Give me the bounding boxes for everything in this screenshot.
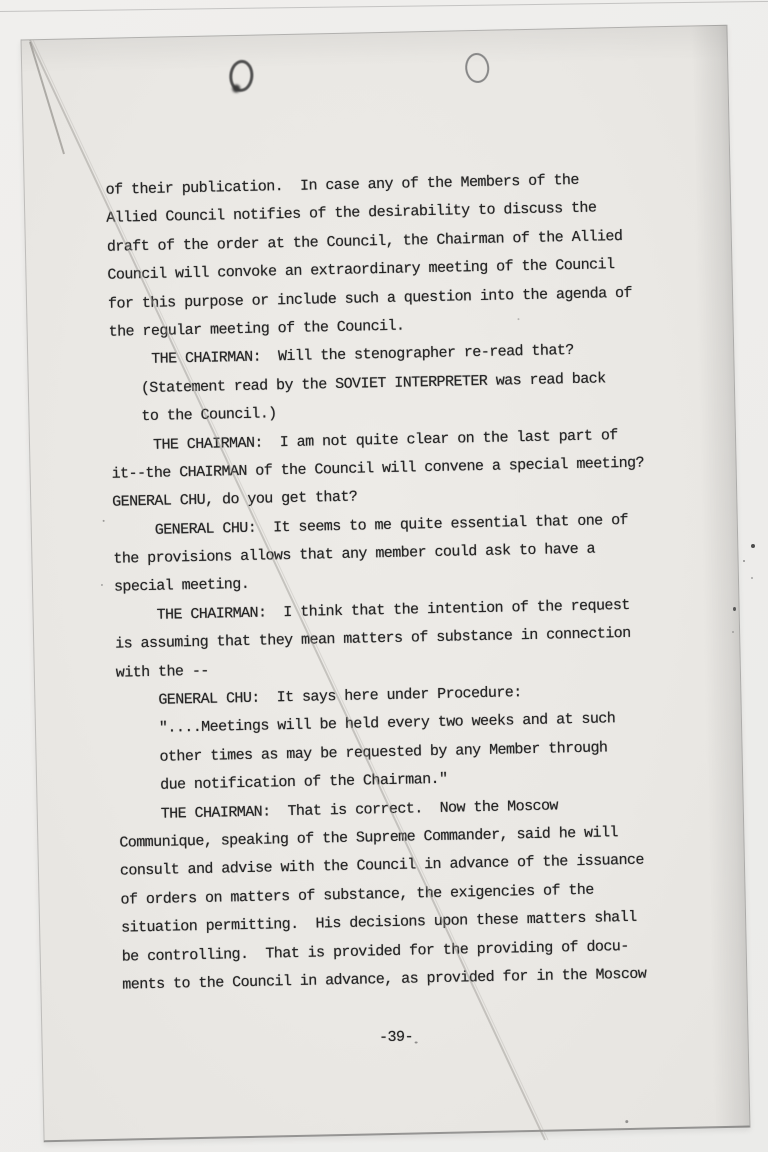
scan-speck <box>751 544 755 548</box>
scan-speck <box>733 607 736 611</box>
scan-speck <box>415 1041 418 1043</box>
typewritten-text: of their publication. In case any of the… <box>105 165 687 1000</box>
scan-speck <box>101 584 103 586</box>
document-page: of their publication. In case any of the… <box>21 25 751 1143</box>
scanned-page-background: of their publication. In case any of the… <box>0 0 768 1152</box>
scan-speck <box>732 631 734 633</box>
sheet-edge-line <box>0 1 768 12</box>
scan-speck <box>517 318 519 320</box>
scan-speck <box>751 577 753 579</box>
hole-punch-left-icon <box>228 59 255 93</box>
scan-speck <box>103 520 105 522</box>
page-number: -39- <box>123 1018 668 1057</box>
scan-speck <box>743 560 745 562</box>
scan-speck <box>625 1120 628 1123</box>
hole-punch-right-icon <box>464 52 491 84</box>
